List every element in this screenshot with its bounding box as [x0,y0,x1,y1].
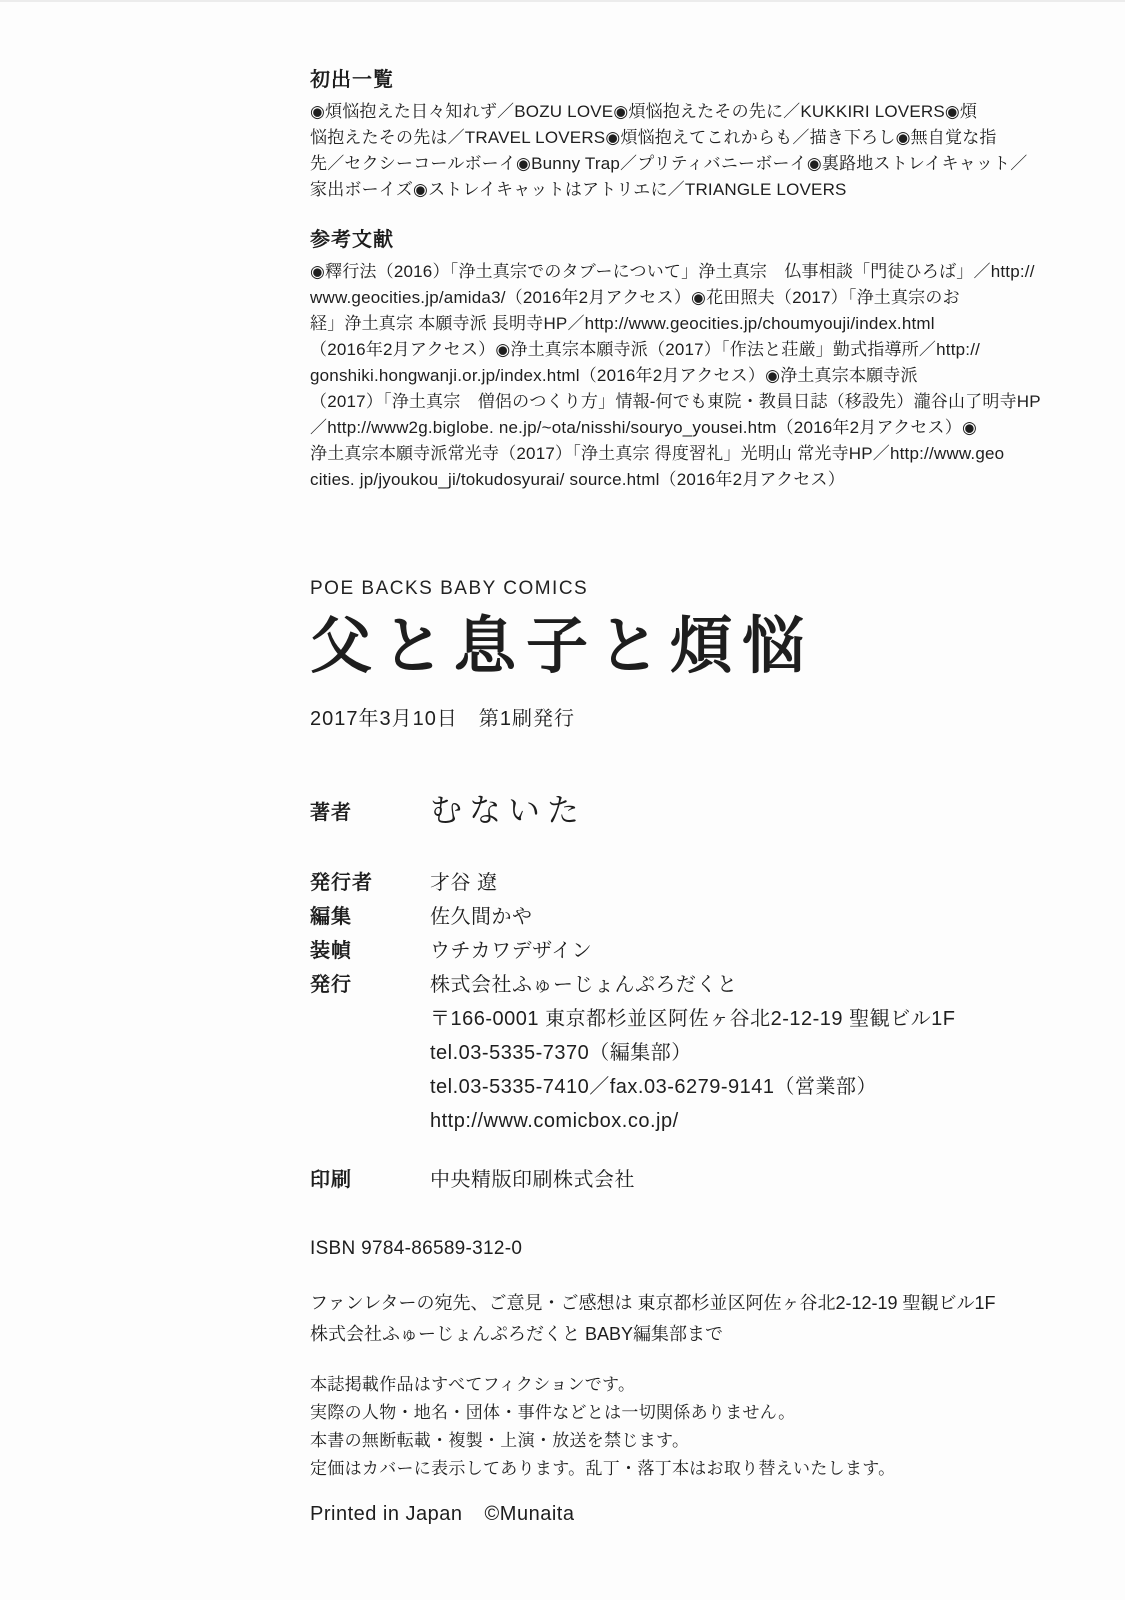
notices-block: 本誌掲載作品はすべてフィクションです。 実際の人物・地名・団体・事件などとは一切… [310,1371,1022,1483]
credit-row-publisher-person: 発行者 才谷 遼 [310,866,1022,900]
references-section: 参考文献 ◉釋行法（2016）「浄土真宗でのタブーについて」浄土真宗 仏事相談「… [310,228,1022,493]
author-row: 著者 むないた [310,790,1022,830]
reference-line: （2017）「浄土真宗 僧侶のつくり方」情報-何でも東院・教員日誌（移設先）瀧谷… [310,389,1022,415]
credit-value: 佐久間かや [430,900,533,934]
reference-line: ／http://www2g.biglobe. ne.jp/~ota/nisshi… [310,415,1022,441]
publisher-label: 発行 [310,968,430,1138]
reference-line: 浄土真宗本願寺派常光寺（2017）「浄土真宗 得度習礼」光明山 常光寺HP／ht… [310,441,1022,467]
credit-row-editor: 編集 佐久間かや [310,900,1022,934]
copyright: ©Munaita [485,1503,575,1525]
publisher-tel-editorial: tel.03-5335-7370（編集部） [430,1036,955,1070]
printer-label: 印刷 [310,1163,430,1197]
fan-letter-address: ファンレターの宛先、ご意見・ご感想は 東京都杉並区阿佐ヶ谷北2-12-19 聖観… [310,1288,1022,1350]
first-publication-section: 初出一覧 ◉煩悩抱えた日々知れず／BOZU LOVE◉煩悩抱えたその先に／KUK… [310,68,1022,203]
first-publication-line: 先／セクシーコールボーイ◉Bunny Trap／プリティバニーボーイ◉裏路地スト… [310,151,1022,177]
credit-label: 編集 [310,900,430,934]
publisher-name: 株式会社ふゅーじょんぷろだくと [430,968,955,1002]
edition-date: 2017年3月10日 第1刷発行 [310,702,1022,731]
credit-row-design: 装幀 ウチカワデザイン [310,934,1022,968]
title-block: POE BACKS BABY COMICS 父と息子と煩悩 2017年3月10日… [310,577,1022,731]
credit-row-printer: 印刷 中央精版印刷株式会社 [310,1163,1022,1197]
notice-line: 本誌掲載作品はすべてフィクションです。 [310,1371,1022,1399]
fan-letter-line: 株式会社ふゅーじょんぷろだくと BABY編集部まで [310,1319,1022,1350]
publisher-url: http://www.comicbox.co.jp/ [430,1104,955,1138]
first-publication-line: ◉煩悩抱えた日々知れず／BOZU LOVE◉煩悩抱えたその先に／KUKKIRI … [310,99,1022,125]
references-list: ◉釋行法（2016）「浄土真宗でのタブーについて」浄土真宗 仏事相談「門徒ひろば… [310,259,1022,493]
credit-label: 発行者 [310,866,430,900]
notice-line: 本書の無断転載・複製・上演・放送を禁じます。 [310,1427,1022,1455]
book-title: 父と息子と煩悩 [310,614,1022,680]
first-publication-heading: 初出一覧 [310,68,1022,92]
first-publication-line: 家出ボーイズ◉ストレイキャットはアトリエに／TRIANGLE LOVERS [310,177,1022,203]
footer: Printed in Japan©Munaita [310,1503,1022,1526]
credit-label: 装幀 [310,934,430,968]
colophon-page: 初出一覧 ◉煩悩抱えた日々知れず／BOZU LOVE◉煩悩抱えたその先に／KUK… [0,0,1125,1600]
references-heading: 参考文献 [310,228,1022,252]
printed-in-japan: Printed in Japan [310,1503,463,1525]
author-name: むないた [430,790,586,830]
credit-value: 才谷 遼 [430,866,498,900]
reference-line: 経」浄土真宗 本願寺派 長明寺HP／http://www.geocities.j… [310,311,1022,337]
reference-line: www.geocities.jp/amida3/（2016年2月アクセス）◉花田… [310,285,1022,311]
printer-name: 中央精版印刷株式会社 [430,1163,635,1197]
publisher-details: 株式会社ふゅーじょんぷろだくと 〒166-0001 東京都杉並区阿佐ヶ谷北2-1… [430,968,955,1138]
fan-letter-line: ファンレターの宛先、ご意見・ご感想は 東京都杉並区阿佐ヶ谷北2-12-19 聖観… [310,1288,1022,1319]
isbn: ISBN 9784-86589-312-0 [310,1238,1022,1260]
reference-line: （2016年2月アクセス）◉浄土真宗本願寺派（2017）「作法と荘厳」勤式指導所… [310,337,1022,363]
notice-line: 定価はカバーに表示してあります。乱丁・落丁本はお取り替えいたします。 [310,1455,1022,1483]
reference-line: ◉釋行法（2016）「浄土真宗でのタブーについて」浄土真宗 仏事相談「門徒ひろば… [310,259,1022,285]
notice-line: 実際の人物・地名・団体・事件などとは一切関係ありません。 [310,1399,1022,1427]
series-label: POE BACKS BABY COMICS [310,577,1022,601]
publisher-address: 〒166-0001 東京都杉並区阿佐ヶ谷北2-12-19 聖観ビル1F [430,1002,955,1036]
reference-line: gonshiki.hongwanji.or.jp/index.html（2016… [310,363,1022,389]
credits-block: 発行者 才谷 遼 編集 佐久間かや 装幀 ウチカワデザイン 発行 株式会社ふゅー… [310,866,1022,1138]
reference-line: cities. jp/jyoukou_ji/tokudosyurai/ sour… [310,467,1022,493]
first-publication-line: 悩抱えたその先は／TRAVEL LOVERS◉煩悩抱えてこれからも／描き下ろし◉… [310,125,1022,151]
credit-value: ウチカワデザイン [430,934,592,968]
publisher-tel-sales: tel.03-5335-7410／fax.03-6279-9141（営業部） [430,1070,955,1104]
author-label: 著者 [310,796,430,825]
first-publication-list: ◉煩悩抱えた日々知れず／BOZU LOVE◉煩悩抱えたその先に／KUKKIRI … [310,99,1022,203]
scan-edge [0,0,1125,2]
credit-row-publishing-company: 発行 株式会社ふゅーじょんぷろだくと 〒166-0001 東京都杉並区阿佐ヶ谷北… [310,968,1022,1138]
